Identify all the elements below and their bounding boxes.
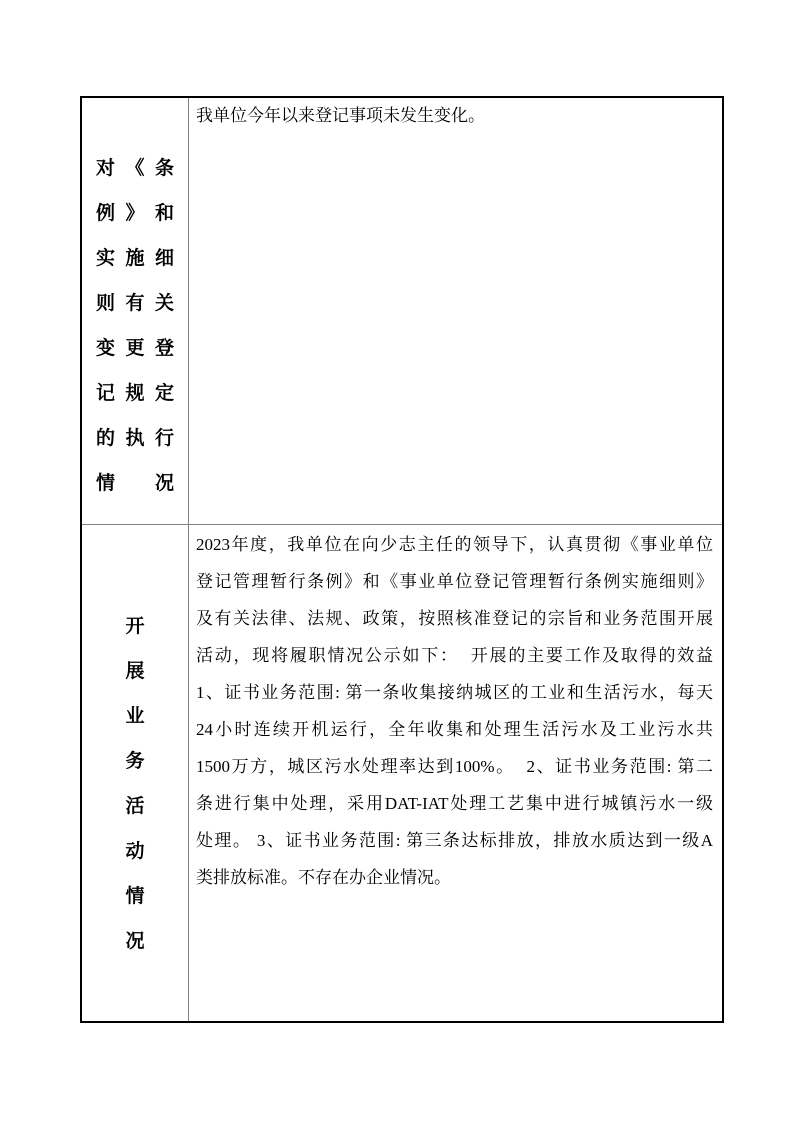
text-line: 开 (96, 604, 174, 649)
annual-report-table: 对《条例》和实施细则有关变更登记规定的执行情况 我单位今年以来登记事项未发生变化… (80, 96, 724, 1023)
text-line: 务 (96, 739, 174, 784)
text-line: 情况 (96, 461, 174, 506)
text-line: 变更登 (96, 326, 174, 371)
table-row-regulation-compliance: 对《条例》和实施细则有关变更登记规定的执行情况 我单位今年以来登记事项未发生变化… (82, 98, 722, 525)
text-line: 例》和 (96, 191, 174, 236)
text-line: 及有关法律、法规、政策，按照核准登记的宗旨和业务范围开展 (196, 600, 713, 637)
text-line: 24小时连续开机运行，全年收集和处理生活污水及工业污水共 (196, 711, 713, 748)
document-page: 对《条例》和实施细则有关变更登记规定的执行情况 我单位今年以来登记事项未发生变化… (0, 0, 794, 1122)
text-line: 动 (96, 829, 174, 874)
text-line: 类排放标准。不存在办企业情况。 (196, 859, 713, 896)
text-line: 则有关 (96, 281, 174, 326)
text-line: 的执行 (96, 416, 174, 461)
text-line: 业 (96, 694, 174, 739)
row-content-business-activities: 2023年度，我单位在向少志主任的领导下，认真贯彻《事业单位登记管理暂行条例》和… (189, 525, 722, 1021)
text-line: 我单位今年以来登记事项未发生变化。 (196, 101, 713, 131)
text-line: 1、证书业务范围: 第一条收集接纳城区的工业和生活污水，每天 (196, 674, 713, 711)
table-row-business-activities: 开展业务活动情况 2023年度，我单位在向少志主任的领导下，认真贯彻《事业单位登… (82, 525, 722, 1021)
text-line: 2023年度，我单位在向少志主任的领导下，认真贯彻《事业单位 (196, 526, 713, 563)
text-line: 况 (96, 919, 174, 964)
text-line: 情 (96, 874, 174, 919)
text-line: 活动，现将履职情况公示如下： 开展的主要工作及取得的效益 (196, 637, 713, 674)
text-line: 实施细 (96, 236, 174, 281)
text-line: 条进行集中处理，采用DAT-IAT处理工艺集中进行城镇污水一级 (196, 785, 713, 822)
text-line: 1500万方，城区污水处理率达到100%。 2、证书业务范围: 第二 (196, 748, 713, 785)
text-line: 处理。 3、证书业务范围: 第三条达标排放，排放水质达到一级A (196, 822, 713, 859)
text-line: 登记管理暂行条例》和《事业单位登记管理暂行条例实施细则》 (196, 563, 713, 600)
text-line: 记规定 (96, 371, 174, 416)
row-label-regulation-compliance: 对《条例》和实施细则有关变更登记规定的执行情况 (82, 98, 189, 524)
text-line: 展 (96, 649, 174, 694)
row-content-registration-changes: 我单位今年以来登记事项未发生变化。 (189, 98, 722, 524)
row-label-business-activities: 开展业务活动情况 (82, 525, 189, 1021)
text-line: 对《条 (96, 146, 174, 191)
text-line: 活 (96, 784, 174, 829)
